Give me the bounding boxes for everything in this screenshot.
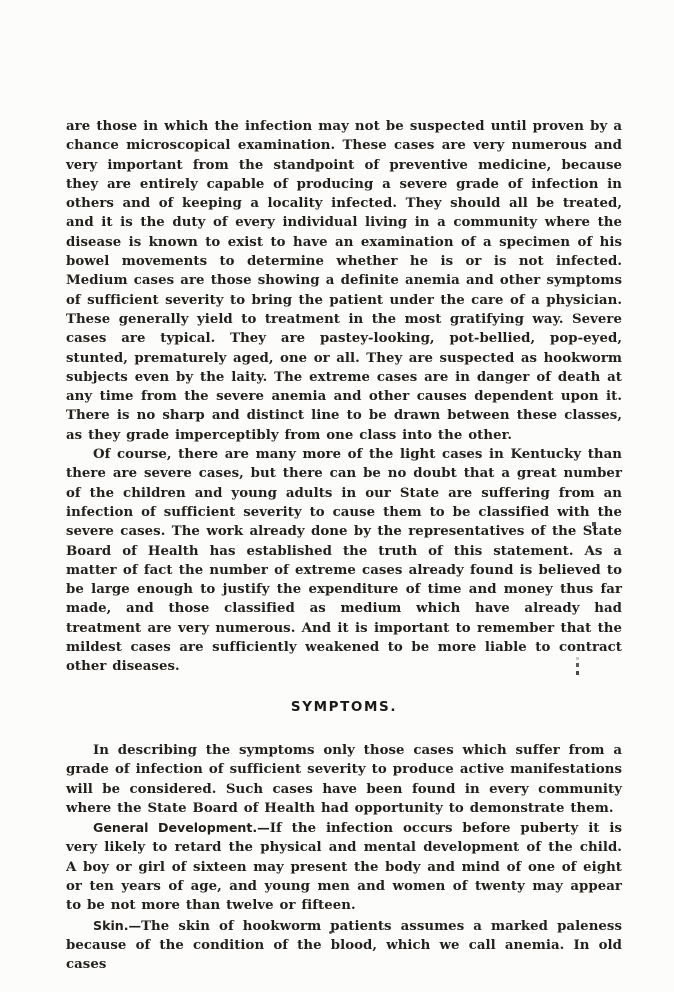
ink-speck-faint — [576, 657, 579, 660]
ink-mark-colon-top — [576, 663, 579, 667]
paragraph-kentucky-cases: Of course, there are many more of the li… — [66, 445, 622, 677]
paragraph-skin: Skin.—The skin of hookworm patients assu… — [66, 916, 622, 975]
paragraph-case-classes: are those in which the infection may not… — [66, 117, 622, 445]
body-text-block: are those in which the infection may not… — [66, 117, 622, 974]
paragraph-symptoms-intro: In describing the symptoms only those ca… — [66, 741, 622, 818]
paragraph-skin-text: The skin of hookworm patients assumes a … — [66, 919, 622, 973]
ink-mark-colon-bottom — [576, 671, 579, 675]
sidehead-general-development: General Development.— — [93, 820, 270, 835]
ink-speck-right-margin — [592, 522, 596, 526]
ink-dot-bottom-center — [329, 931, 332, 934]
paragraph-general-development: General Development.—If the infection oc… — [66, 818, 622, 915]
scanned-book-page: are those in which the infection may not… — [0, 0, 674, 992]
sidehead-skin: Skin.— — [93, 918, 141, 933]
section-heading-symptoms: SYMPTOMS. — [66, 698, 622, 717]
